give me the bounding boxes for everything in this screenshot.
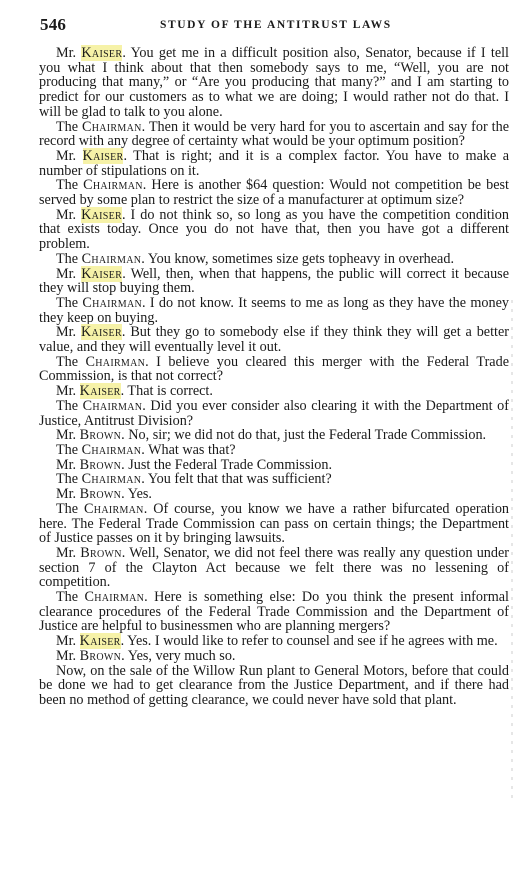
paragraph-text: . What was that?: [141, 442, 235, 458]
speaker-name: Brown: [80, 648, 122, 664]
document-page: 546 STUDY OF THE ANTITRUST LAWS Mr. Kais…: [0, 0, 523, 885]
speaker-name: Chairman: [86, 354, 146, 370]
paragraph-brown: Mr. Brown. No, sir; we did not do that, …: [39, 428, 509, 443]
speaker-prefix: Mr.: [56, 148, 83, 164]
speaker-name: Brown: [80, 427, 122, 443]
speaker-prefix: The: [56, 177, 83, 193]
speaker-prefix: The: [56, 501, 84, 517]
speaker-name: Chairman: [82, 119, 142, 135]
transcript-body: Mr. Kaiser. You get me in a difficult po…: [39, 46, 509, 708]
speaker-prefix: Mr.: [56, 383, 80, 399]
speaker-prefix: The: [56, 119, 82, 135]
page-number: 546: [40, 15, 66, 35]
speaker-name-highlighted: Kaiser: [81, 45, 122, 61]
paragraph-chairman: The Chairman. You felt that that was suf…: [39, 472, 509, 487]
paragraph-brown: Mr. Brown. Well, Senator, we did not fee…: [39, 546, 509, 590]
paragraph-continuation: Now, on the sale of the Willow Run plant…: [39, 664, 509, 708]
paragraph-kaiser: Mr. Kaiser. You get me in a difficult po…: [39, 46, 509, 120]
speaker-name: Chairman: [82, 295, 142, 311]
speaker-name: Chairman: [84, 589, 144, 605]
speaker-prefix: The: [56, 295, 82, 311]
speaker-prefix: The: [56, 471, 82, 487]
paragraph-chairman: The Chairman. I believe you cleared this…: [39, 355, 509, 384]
paragraph-kaiser: Mr. Kaiser. Well, then, when that happen…: [39, 267, 509, 296]
paragraph-chairman: The Chairman. Here is something else: Do…: [39, 590, 509, 634]
paragraph-chairman: The Chairman. I do not know. It seems to…: [39, 296, 509, 325]
paragraph-brown: Mr. Brown. Yes.: [39, 487, 509, 502]
paragraph-text: . Yes, very much so.: [121, 648, 235, 664]
speaker-prefix: Mr.: [56, 207, 81, 223]
speaker-name: Chairman: [83, 177, 143, 193]
scan-gutter-marks: [511, 300, 513, 800]
speaker-prefix: The: [56, 251, 82, 267]
paragraph-text: . Just the Federal Trade Commission.: [121, 457, 332, 473]
paragraph-brown: Mr. Brown. Just the Federal Trade Commis…: [39, 458, 509, 473]
paragraph-chairman: The Chairman. What was that?: [39, 443, 509, 458]
speaker-name-highlighted: Kaiser: [80, 633, 121, 649]
paragraph-kaiser: Mr. Kaiser. But they go to somebody else…: [39, 325, 509, 354]
speaker-prefix: Mr.: [56, 633, 80, 649]
speaker-name: Brown: [80, 545, 122, 561]
speaker-prefix: The: [56, 442, 82, 458]
paragraph-chairman: The Chairman. You know, sometimes size g…: [39, 252, 509, 267]
speaker-name: Chairman: [82, 442, 142, 458]
speaker-name: Chairman: [83, 398, 143, 414]
paragraph-chairman: The Chairman. Then it would be very hard…: [39, 120, 509, 149]
speaker-name: Brown: [80, 486, 122, 502]
running-head: STUDY OF THE ANTITRUST LAWS: [160, 19, 392, 31]
speaker-prefix: Mr.: [56, 45, 81, 61]
speaker-prefix: Mr.: [56, 427, 80, 443]
paragraph-text: Now, on the sale of the Willow Run plant…: [39, 663, 509, 708]
speaker-name: Chairman: [82, 251, 142, 267]
paragraph-kaiser: Mr. Kaiser. Yes. I would like to refer t…: [39, 634, 509, 649]
paragraph-text: . Yes.: [121, 486, 152, 502]
paragraph-text: . Yes. I would like to refer to counsel …: [121, 633, 498, 649]
speaker-name-highlighted: Kaiser: [81, 207, 122, 223]
paragraph-chairman: The Chairman. Of course, you know we hav…: [39, 502, 509, 546]
speaker-name-highlighted: Kaiser: [81, 324, 122, 340]
speaker-prefix: Mr.: [56, 486, 80, 502]
paragraph-text: . You know, sometimes size gets topheavy…: [141, 251, 454, 267]
speaker-prefix: The: [56, 398, 83, 414]
speaker-name: Brown: [80, 457, 122, 473]
paragraph-brown: Mr. Brown. Yes, very much so.: [39, 649, 509, 664]
paragraph-text: . No, sir; we did not do that, just the …: [121, 427, 486, 443]
paragraph-chairman: The Chairman. Did you ever consider also…: [39, 399, 509, 428]
paragraph-kaiser: Mr. Kaiser. That is right; and it is a c…: [39, 149, 509, 178]
speaker-name-highlighted: Kaiser: [83, 148, 124, 164]
speaker-name: Chairman: [82, 471, 142, 487]
speaker-prefix: Mr.: [56, 648, 80, 664]
speaker-prefix: The: [56, 589, 84, 605]
paragraph-text: . That is correct.: [121, 383, 213, 399]
speaker-prefix: Mr.: [56, 545, 80, 561]
paragraph-text: . You felt that that was sufficient?: [141, 471, 331, 487]
page-header: 546 STUDY OF THE ANTITRUST LAWS: [40, 15, 510, 37]
speaker-prefix: Mr.: [56, 457, 80, 473]
paragraph-kaiser: Mr. Kaiser. I do not think so, so long a…: [39, 208, 509, 252]
speaker-prefix: The: [56, 354, 86, 370]
speaker-prefix: Mr.: [56, 266, 81, 282]
paragraph-chairman: The Chairman. Here is another $64 questi…: [39, 178, 509, 207]
speaker-name: Chairman: [84, 501, 144, 517]
paragraph-kaiser: Mr. Kaiser. That is correct.: [39, 384, 509, 399]
speaker-name-highlighted: Kaiser: [81, 266, 122, 282]
speaker-name-highlighted: Kaiser: [80, 383, 121, 399]
speaker-prefix: Mr.: [56, 324, 81, 340]
